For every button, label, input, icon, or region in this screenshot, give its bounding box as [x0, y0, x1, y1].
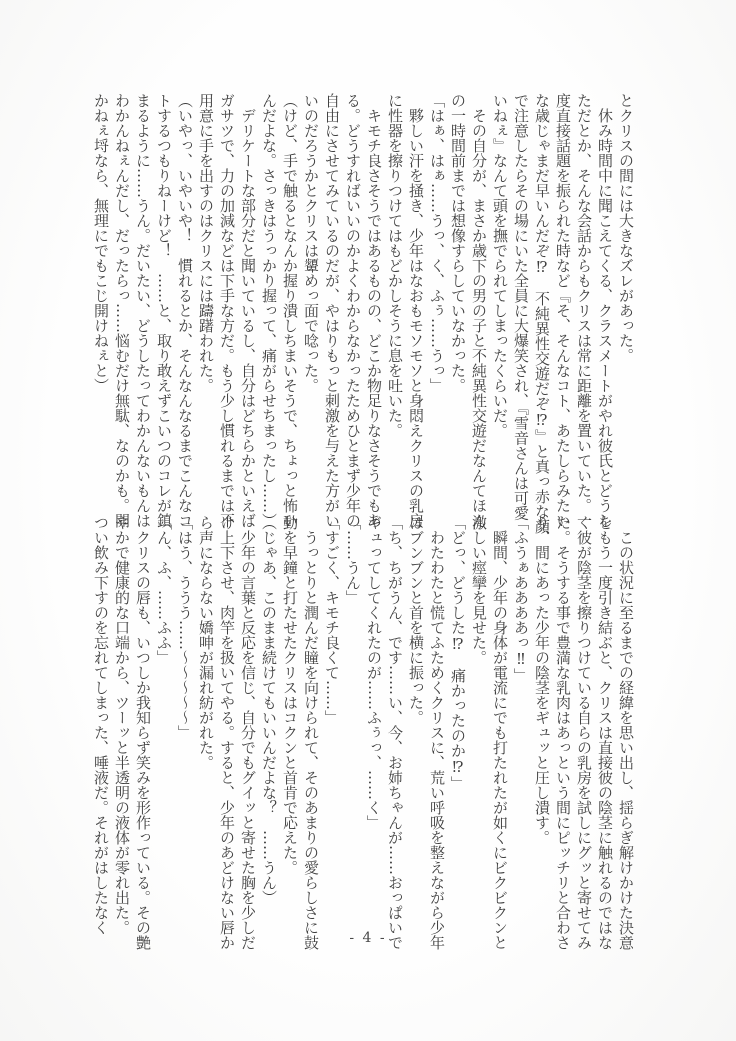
text-line: ガサツで、力の加減などは下手な方だ。もう少し慣れるまでは不 [216, 93, 237, 513]
text-line: その自分が、まさか歳下の男の子と不純異性交遊だなんてほん [468, 93, 489, 513]
text-line: うっとりと潤んだ瞳を向けられて、そのあまりの愛らしさに鼓 [300, 515, 321, 935]
text-line: 用意に手を出すのはクリスには躊躇われた。 [195, 93, 216, 513]
text-line: 少年の言葉と反応を信じ、自分でもグイッと寄せた胸を少しだ [237, 515, 258, 935]
text-line: （いやっ、いやいや！ 慣れるとか、そんなんなるまでこんなコ [174, 93, 195, 513]
text-line: た。そうする事で豊満な乳肉はあっという間にピッチリと合わさ [552, 515, 573, 935]
text-line: な歳じゃまだ早いんだぞ⁉ 不純異性交遊だぞ⁉』と真っ赤な顔 [531, 93, 552, 513]
text-line: り、間にあった少年の陰茎をギュッと圧し潰す。 [531, 515, 552, 935]
text-line: 激しい痙攣を見せた。 [468, 515, 489, 935]
scanned-novel-page: とクリスの間には大きなズレがあった。 休み時間中に聞こえてくる、クラスメートがや… [0, 0, 736, 1041]
text-line: け上下させ、肉竿を扱いてやる。すると、少年のあどけない唇か [216, 515, 237, 935]
text-line: 動を早鐘と打たせたクリスはコクンと首肯で応えた。 [279, 515, 300, 935]
text-line: 「ち、ちがうん、です……い、今、お姉ちゃんが……おっぱいで [384, 515, 405, 935]
text-line: 「どっ、どうした⁉ 痛かったのか⁉」 [447, 515, 468, 935]
text-line: いのだろうかとクリスは顰めっ面で唸った。 [300, 93, 321, 513]
text-line: 「すごく、キモチ良くて……」 [321, 515, 342, 935]
text-line: ら声にならない嬌呻が漏れ紡がれた。 [195, 515, 216, 935]
lower-text-block: この状況に至るまでの経緯を思い出し、揺らぎ解けかけた決意をもう一度引き結ぶと、ク… [90, 515, 636, 935]
text-line: トするつもりねーけど！ ……と、取り敢えずこいつのコレが鎮 [153, 93, 174, 513]
text-line: 休み時間中に聞こえてくる、クラスメートがやれ彼氏とどうし [594, 93, 615, 513]
text-line: 瞬間、少年の身体が電流にでも打たれたが如くにビクビクンと [489, 515, 510, 935]
text-line: かねぇ埒なら、無理にでもこじ開けねぇと） [90, 93, 111, 513]
text-line: 「はぁ、はぁ……うっ、く、ふぅ……うっ」 [426, 93, 447, 513]
text-line: んだよな。さっきはうっかり握って、痛がらせちまったし……） [258, 93, 279, 513]
text-line: デリケートな部分だと聞いているし、自分はどちらかといえば [237, 93, 258, 513]
text-line: 度直接話題を振られた時など『そ、そんなコト、あたしらみたい [552, 93, 573, 513]
text-line: わたわたと慌てふためくクリスに、荒い呼吸を整えながら少年 [426, 515, 447, 935]
text-line: わかんねぇんだし、だったらっ……悩むだけ無駄、なのかも。開 [111, 93, 132, 513]
text-line: く彼が陰茎を擦りつけている自らの乳房を試しにグッと寄せてみ [573, 515, 594, 935]
text-line: （じゃあ、このまま続けてもいいんだよな？ ……うん） [258, 515, 279, 935]
text-line: ただとか、そんな会話からもクリスは常に距離を置いていた。一 [573, 93, 594, 513]
text-line: 「ふうぁああああっ‼」 [510, 515, 531, 935]
text-line: クリスの唇も、いつしか我知らず笑みを形作っている。その艶 [132, 515, 153, 935]
text-line: やかで健康的な口端から、ツーッと半透明の液体が零れ出た。 [111, 515, 132, 935]
text-line: で注意したらその場にいた全員に大爆笑され、『雪音さんは可愛 [510, 93, 531, 513]
text-line: 夥しい汗を掻き、少年はなおもモソモソと身悶えクリスの乳房 [405, 93, 426, 513]
text-line: 「……うん」 [342, 515, 363, 935]
text-line: の一時間前までは想像すらしていなかった。 [447, 93, 468, 513]
text-line: ギュってしてくれたのが……ふぅっ、……く」 [363, 515, 384, 935]
text-line: はブンブンと首を横に振った。 [405, 515, 426, 935]
text-line: キモチ良さそうではあるものの、どこか物足りなさそうでもあ [363, 93, 384, 513]
text-line: （けど、手で触るとなんか握り潰しちまいそうで、ちょっと怖い [279, 93, 300, 513]
text-line: をもう一度引き結ぶと、クリスは直接彼の陰茎に触れるのではな [594, 515, 615, 935]
text-line: いねぇ』なんて頭を撫でられてしまったくらいだ。 [489, 93, 510, 513]
text-line: この状況に至るまでの経緯を思い出し、揺らぎ解けかけた決意 [615, 515, 636, 935]
text-line: る。どうすればいいのかよくわからなかったためひとまず少年の [342, 93, 363, 513]
text-line: 自由にさせてみているのだが、やはりもっと刺激を与えた方がい [321, 93, 342, 513]
page-number: - 4 - [0, 930, 736, 946]
upper-text-block: とクリスの間には大きなズレがあった。 休み時間中に聞こえてくる、クラスメートがや… [90, 93, 636, 513]
text-line: 「ん、ふ、……ふふ」 [153, 515, 174, 935]
text-line: つい飲み下すのを忘れてしまった、唾液だ。それがはしたなく [90, 515, 111, 935]
text-line: 「はう、ううう……～～～～～」 [174, 515, 195, 935]
text-line: とクリスの間には大きなズレがあった。 [615, 93, 636, 513]
text-line: に性器を擦りつけてはもどかしそうに息を吐いた。 [384, 93, 405, 513]
text-line: まるように……うん。だいたい、どうしたってわかんないもんは [132, 93, 153, 513]
